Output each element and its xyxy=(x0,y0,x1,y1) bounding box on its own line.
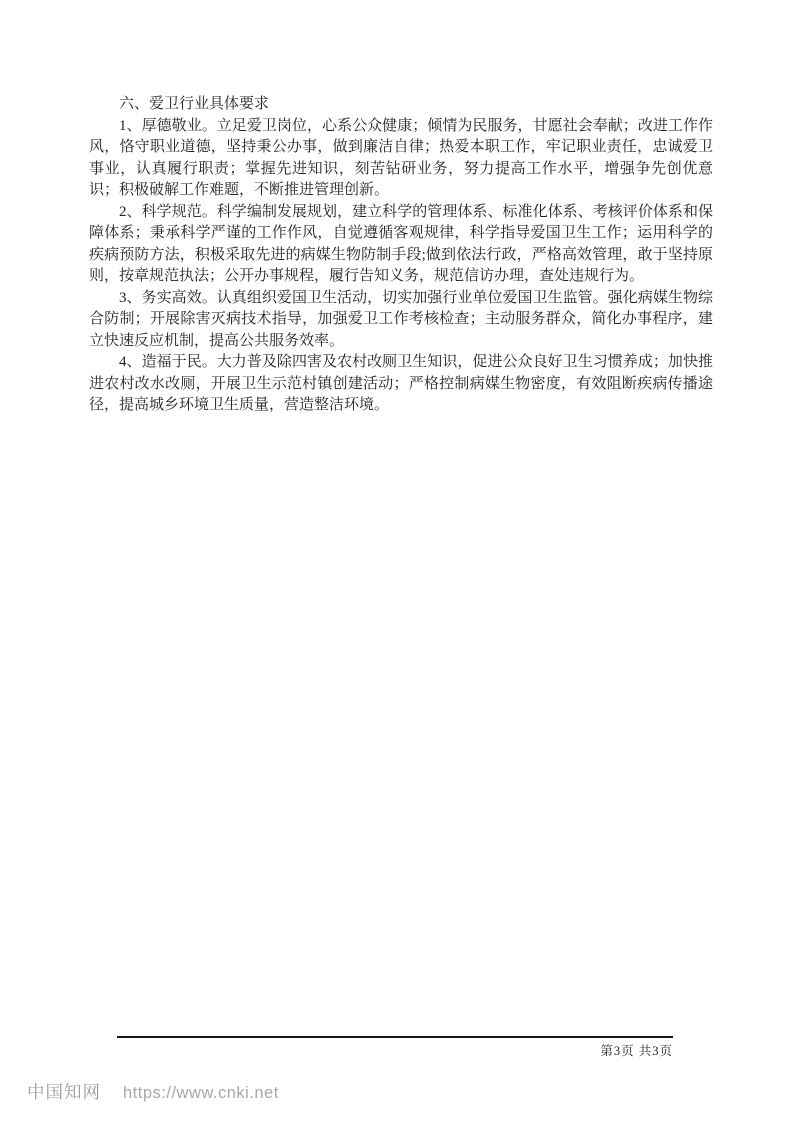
body-paragraph-4: 4、造福于民。大力普及除四害及农村改厕卫生知识，促进公众良好卫生习惯养成；加快推… xyxy=(89,352,713,417)
cnki-brand-text: 中国知网 xyxy=(27,1079,101,1104)
section-heading: 六、爱卫行业具体要求 xyxy=(89,94,713,116)
body-paragraph-3: 3、务实高效。认真组织爱国卫生活动，切实加强行业单位爱国卫生监管。强化病媒生物综… xyxy=(89,288,713,353)
body-paragraph-2: 2、科学规范。科学编制发展规划，建立科学的管理体系、标准化体系、考核评价体系和保… xyxy=(89,202,713,288)
document-body: 六、爱卫行业具体要求 1、厚德敬业。立足爱卫岗位，心系公众健康；倾情为民服务，甘… xyxy=(89,94,713,417)
footer-divider xyxy=(117,1036,673,1038)
page-number: 第3页 共3页 xyxy=(473,1041,673,1059)
body-paragraph-1: 1、厚德敬业。立足爱卫岗位，心系公众健康；倾情为民服务，甘愿社会奉献；改进工作作… xyxy=(89,116,713,202)
cnki-watermark: 中国知网 https://www.cnki.net xyxy=(27,1079,279,1104)
document-page: 六、爱卫行业具体要求 1、厚德敬业。立足爱卫岗位，心系公众健康；倾情为民服务，甘… xyxy=(0,0,794,1123)
cnki-url-text: https://www.cnki.net xyxy=(123,1084,279,1103)
